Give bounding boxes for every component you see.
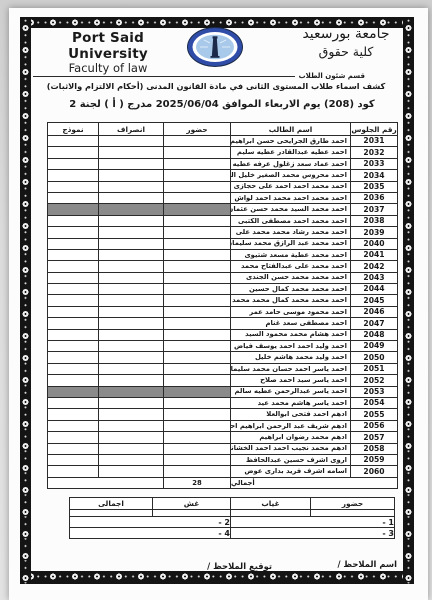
university-header-arabic: جامعة بورسعيد كلية حقوق (290, 26, 402, 59)
departure-cell (99, 249, 164, 260)
departure-cell (99, 466, 164, 477)
table-row: 2037 احمد محمد السيد محمد حسن عثمان (48, 204, 398, 215)
faculty-name-arabic: كلية حقوق (290, 44, 402, 60)
seat-number-cell: 2057 (351, 432, 398, 443)
form-cell (48, 284, 99, 295)
student-name-cell: احمد محمد احمد محمد احمد لواش (231, 192, 351, 203)
seat-number-cell: 2055 (351, 409, 398, 420)
student-name-cell: احمد محمد محمد كمال محمد محمد (231, 295, 351, 306)
seat-number-cell: 2046 (351, 306, 398, 317)
form-cell (48, 238, 99, 249)
form-cell (48, 295, 99, 306)
note-line-1: - 1 (231, 517, 395, 528)
seat-number-cell: 2059 (351, 454, 398, 465)
seat-number-cell: 2042 (351, 261, 398, 272)
table-row: 2053 احمد ياسر عبدالرحمن عطيه سالم (48, 386, 398, 397)
sheet-subtitle: كود (208) يوم الاربعاء الموافق 2025/06/0… (47, 99, 397, 110)
student-name-cell: احمد محروس محمد الصغير خليل الجسر (231, 170, 351, 181)
attendance-cell (164, 341, 231, 352)
sheet-title: كشف اسماء طلاب المستوى الثانى في مادة ال… (33, 81, 399, 91)
form-cell (48, 420, 99, 431)
departure-cell (99, 420, 164, 431)
form-cell (48, 192, 99, 203)
student-name-cell: احمد ياسر عبدالرحمن عطيه سالم (231, 386, 351, 397)
student-name-cell: احمد ياسر سيد احمد صلاح (231, 375, 351, 386)
departure-cell (99, 432, 164, 443)
student-name-cell: احمد مصطفى سعد غنام (231, 318, 351, 329)
form-cell (48, 204, 99, 215)
summary-empty-cell (153, 510, 231, 517)
attendance-cell (164, 136, 231, 147)
departure-cell (99, 170, 164, 181)
departure-cell (99, 284, 164, 295)
attendance-table-header-row: رقم الجلوس اسم الطالب حضور انصراف نموذج (48, 123, 398, 136)
table-row: 2047 احمد مصطفى سعد غنام (48, 318, 398, 329)
student-name-cell: احمد محمد محمد حسن الجندى (231, 272, 351, 283)
table-row: 2035 احمد محمد احمد احمد على حجازى (48, 181, 398, 192)
student-name-cell: احمد محمد احمد مصطفى الكتبى (231, 215, 351, 226)
form-cell (48, 181, 99, 192)
seat-number-cell: 2058 (351, 443, 398, 454)
attendance-cell (164, 363, 231, 374)
seat-number-cell: 2035 (351, 181, 398, 192)
table-row: 2049 احمد وليد احمد احمد يوسف فياض (48, 341, 398, 352)
student-name-cell: احمد ياسر هاشم محمد عيد (231, 397, 351, 408)
seat-number-cell: 2051 (351, 363, 398, 374)
form-cell (48, 227, 99, 238)
student-name-cell: احمد ياسر احمد حسان محمد سليمان (231, 363, 351, 374)
table-row: 2050 احمد وليد محمد هاشم خليل (48, 352, 398, 363)
table-row: 2052 احمد ياسر سيد احمد صلاح (48, 375, 398, 386)
form-cell (48, 454, 99, 465)
attendance-cell (164, 238, 231, 249)
table-row: 2043 احمد محمد محمد حسن الجندى (48, 272, 398, 283)
departure-cell (99, 136, 164, 147)
student-name-cell: احمد محمد عبد الرازق محمد سليمان (231, 238, 351, 249)
student-name-cell: اروى اشرف حسين عبدالحافظ (231, 454, 351, 465)
column-header-student-name: اسم الطالب (231, 123, 351, 136)
form-cell (48, 249, 99, 260)
student-name-cell: ادهم محمد نجيب احمد احمد الخشانى (231, 443, 351, 454)
seat-number-cell: 2031 (351, 136, 398, 147)
seat-number-cell: 2045 (351, 295, 398, 306)
form-cell (48, 318, 99, 329)
attendance-cell (164, 170, 231, 181)
observer-signature-label: توقيع الملاحظ / (182, 561, 272, 571)
form-cell (48, 329, 99, 340)
table-row: 2045 احمد محمد محمد كمال محمد محمد (48, 295, 398, 306)
student-name-cell: احمد محمد السيد محمد حسن عثمان (231, 204, 351, 215)
seat-number-cell: 2056 (351, 420, 398, 431)
table-row: 2059 اروى اشرف حسين عبدالحافظ (48, 454, 398, 465)
attendance-cell (164, 466, 231, 477)
table-row: 2036 احمد محمد احمد محمد احمد لواش (48, 192, 398, 203)
ornate-border-left (20, 17, 31, 584)
total-label: أجمالي (231, 477, 398, 488)
table-row: 2060 اسامه اشرف فريد بدارى عوض (48, 466, 398, 477)
departure-cell (99, 272, 164, 283)
departure-cell (99, 181, 164, 192)
form-cell (48, 352, 99, 363)
seat-number-cell: 2060 (351, 466, 398, 477)
seat-number-cell: 2044 (351, 284, 398, 295)
form-cell (48, 170, 99, 181)
form-cell (48, 466, 99, 477)
table-row: 2042 احمد محمد على عبدالفتاح محمد (48, 261, 398, 272)
column-header-departure: انصراف (99, 123, 164, 136)
summary-table: حضور غياب غش اجمالى - 1 - 2 - 3 - 4 (69, 497, 395, 539)
form-cell (48, 432, 99, 443)
table-row: 2032 احمد عطيه عبدالقادر عطيه سليم (48, 147, 398, 158)
student-name-cell: احمد عماد سعد زغلول عرفه عطيه (231, 158, 351, 169)
attendance-cell (164, 204, 231, 215)
table-row: 2046 احمد محمود موسى حامد عمر (48, 306, 398, 317)
summary-header-cheating: غش (153, 498, 231, 510)
departure-cell (99, 204, 164, 215)
student-name-cell: احمد محمد احمد احمد على حجازى (231, 181, 351, 192)
seat-number-cell: 2049 (351, 341, 398, 352)
table-row: 2044 احمد محمد محمد كمال حسين (48, 284, 398, 295)
departure-cell (99, 227, 164, 238)
table-row: 2048 احمد هشام محمد محمود السيد (48, 329, 398, 340)
table-row: 2057 ادهم محمد رضوان ابراهيم (48, 432, 398, 443)
student-name-cell: احمد محمد محمد كمال حسين (231, 284, 351, 295)
seat-number-cell: 2043 (351, 272, 398, 283)
departure-cell (99, 397, 164, 408)
seat-number-cell: 2052 (351, 375, 398, 386)
departure-cell (99, 158, 164, 169)
table-row: 2038 احمد محمد احمد مصطفى الكتبى (48, 215, 398, 226)
attendance-cell (164, 397, 231, 408)
form-cell (48, 386, 99, 397)
student-name-cell: ادهم احمد فتحى ابوالعلا (231, 409, 351, 420)
attendance-cell (164, 329, 231, 340)
departure-cell (99, 192, 164, 203)
seat-number-cell: 2032 (351, 147, 398, 158)
summary-empty-cell (231, 510, 311, 517)
seat-number-cell: 2036 (351, 192, 398, 203)
form-cell (48, 136, 99, 147)
attendance-table: رقم الجلوس اسم الطالب حضور انصراف نموذج … (47, 122, 398, 489)
departure-cell (99, 295, 164, 306)
attendance-cell (164, 158, 231, 169)
departure-cell (99, 341, 164, 352)
student-name-cell: احمد وليد محمد هاشم خليل (231, 352, 351, 363)
attendance-cell (164, 386, 231, 397)
attendance-cell (164, 215, 231, 226)
seat-number-cell: 2050 (351, 352, 398, 363)
attendance-cell (164, 272, 231, 283)
student-name-cell: احمد عطيه عبدالقادر عطيه سليم (231, 147, 351, 158)
form-cell (48, 215, 99, 226)
form-cell (48, 158, 99, 169)
table-row: 2051 احمد ياسر احمد حسان محمد سليمان (48, 363, 398, 374)
attendance-cell (164, 147, 231, 158)
seat-number-cell: 2053 (351, 386, 398, 397)
seat-number-cell: 2038 (351, 215, 398, 226)
notes-row-1: - 1 - 2 (70, 517, 395, 528)
departure-cell (99, 147, 164, 158)
attendance-cell (164, 409, 231, 420)
total-empty-cell (48, 477, 164, 488)
seat-number-cell: 2054 (351, 397, 398, 408)
attendance-cell (164, 249, 231, 260)
student-name-cell: احمد محمد عطية مسعد شتيوى (231, 249, 351, 260)
summary-header-row: حضور غياب غش اجمالى (70, 498, 395, 510)
university-name-arabic: جامعة بورسعيد (290, 26, 402, 44)
table-row: 2041 احمد محمد عطية مسعد شتيوى (48, 249, 398, 260)
form-cell (48, 261, 99, 272)
seat-number-cell: 2033 (351, 158, 398, 169)
table-row: 2055 ادهم احمد فتحى ابوالعلا (48, 409, 398, 420)
seat-number-cell: 2034 (351, 170, 398, 181)
total-present-count: 28 (164, 477, 231, 488)
summary-empty-row (70, 510, 395, 517)
university-name-english: Port Said University (30, 31, 186, 62)
student-name-cell: ادهم محمد رضوان ابراهيم (231, 432, 351, 443)
note-line-4: - 4 (70, 528, 231, 539)
attendance-cell (164, 318, 231, 329)
attendance-table-body: 2031 احمد طارق الجرايحى حسن ابراهيم 2032… (48, 136, 398, 478)
table-row: 2034 احمد محروس محمد الصغير خليل الجسر (48, 170, 398, 181)
attendance-cell (164, 443, 231, 454)
departure-cell (99, 238, 164, 249)
observer-name-label: اسم الملاحظ / (317, 559, 397, 569)
attendance-cell (164, 454, 231, 465)
form-cell (48, 272, 99, 283)
summary-empty-cell (70, 510, 153, 517)
student-name-cell: احمد محمد على عبدالفتاح محمد (231, 261, 351, 272)
ornate-border-right (403, 17, 414, 584)
departure-cell (99, 454, 164, 465)
summary-header-present: حضور (311, 498, 395, 510)
form-cell (48, 147, 99, 158)
student-name-cell: احمد محمود موسى حامد عمر (231, 306, 351, 317)
divider-line (33, 76, 295, 77)
attendance-cell (164, 227, 231, 238)
seat-number-cell: 2041 (351, 249, 398, 260)
form-cell (48, 363, 99, 374)
departure-cell (99, 352, 164, 363)
table-row: 2031 احمد طارق الجرايحى حسن ابراهيم (48, 136, 398, 147)
form-cell (48, 443, 99, 454)
student-name-cell: اسامه اشرف فريد بدارى عوض (231, 466, 351, 477)
student-name-cell: احمد محمد رشاد محمد محمد على (231, 227, 351, 238)
ornate-border-bottom (20, 571, 414, 584)
attendance-cell (164, 352, 231, 363)
table-row: 2058 ادهم محمد نجيب احمد احمد الخشانى (48, 443, 398, 454)
departure-cell (99, 363, 164, 374)
form-cell (48, 375, 99, 386)
table-row: 2054 احمد ياسر هاشم محمد عيد (48, 397, 398, 408)
departure-cell (99, 261, 164, 272)
university-header-english: Port Said University Faculty of law (30, 31, 186, 75)
note-line-3: - 3 (231, 528, 395, 539)
attendance-cell (164, 420, 231, 431)
departure-cell (99, 215, 164, 226)
seat-number-cell: 2048 (351, 329, 398, 340)
attendance-cell (164, 295, 231, 306)
departure-cell (99, 443, 164, 454)
attendance-cell (164, 181, 231, 192)
summary-header-total: اجمالى (70, 498, 153, 510)
attendance-cell (164, 261, 231, 272)
attendance-cell (164, 284, 231, 295)
departure-cell (99, 318, 164, 329)
column-header-seat-number: رقم الجلوس (351, 123, 398, 136)
table-row: 2033 احمد عماد سعد زغلول عرفه عطيه (48, 158, 398, 169)
form-cell (48, 306, 99, 317)
form-cell (48, 409, 99, 420)
seat-number-cell: 2037 (351, 204, 398, 215)
form-cell (48, 341, 99, 352)
column-header-attendance: حضور (164, 123, 231, 136)
student-name-cell: ادهم شريف عبد الرحمن ابراهيم احمد (231, 420, 351, 431)
attendance-cell (164, 192, 231, 203)
attendance-cell (164, 375, 231, 386)
summary-header-absent: غياب (231, 498, 311, 510)
student-name-cell: احمد وليد احمد احمد يوسف فياض (231, 341, 351, 352)
department-divider: قسم شئون الطلاب (33, 71, 399, 81)
departure-cell (99, 409, 164, 420)
table-row: 2039 احمد محمد رشاد محمد محمد على (48, 227, 398, 238)
table-row: 2056 ادهم شريف عبد الرحمن ابراهيم احمد (48, 420, 398, 431)
department-label: قسم شئون الطلاب (295, 72, 369, 80)
note-line-2: - 2 (70, 517, 231, 528)
attendance-cell (164, 432, 231, 443)
form-cell (48, 397, 99, 408)
student-name-cell: احمد طارق الجرايحى حسن ابراهيم (231, 136, 351, 147)
notes-row-2: - 3 - 4 (70, 528, 395, 539)
departure-cell (99, 329, 164, 340)
column-header-form: نموذج (48, 123, 99, 136)
summary-empty-cell (311, 510, 395, 517)
departure-cell (99, 386, 164, 397)
seat-number-cell: 2040 (351, 238, 398, 249)
departure-cell (99, 375, 164, 386)
seat-number-cell: 2047 (351, 318, 398, 329)
university-seal-icon (186, 26, 244, 68)
student-name-cell: احمد هشام محمد محمود السيد (231, 329, 351, 340)
total-row: أجمالي 28 (48, 477, 398, 488)
attendance-cell (164, 306, 231, 317)
table-row: 2040 احمد محمد عبد الرازق محمد سليمان (48, 238, 398, 249)
seat-number-cell: 2039 (351, 227, 398, 238)
departure-cell (99, 306, 164, 317)
